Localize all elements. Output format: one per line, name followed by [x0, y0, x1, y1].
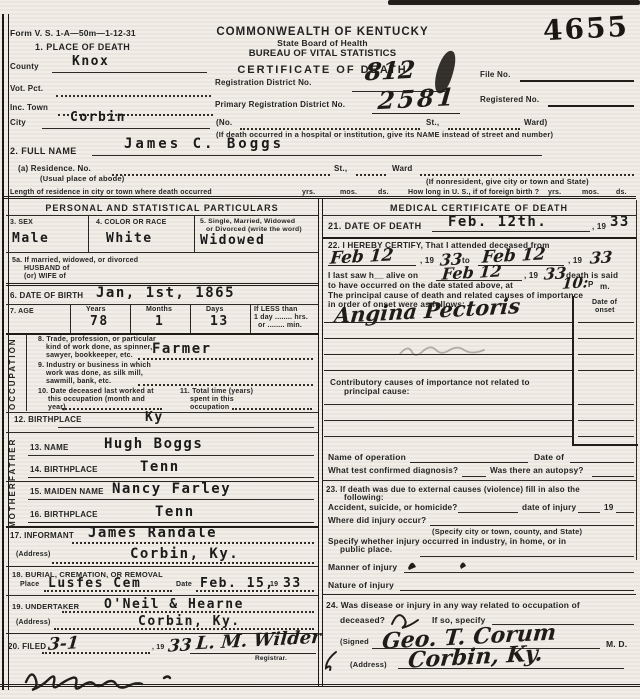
undertaker-value: O'Neil & Hearne: [104, 597, 244, 612]
birthplace-value: Ky: [145, 410, 164, 425]
manner-ink-marks: [404, 556, 474, 572]
county-value: Knox: [72, 54, 109, 69]
howlong-us-label: How long in U. S., if of foreign birth ?: [408, 189, 539, 196]
informant-line: [72, 542, 314, 544]
age-days-value: 13: [210, 314, 229, 329]
row6-rule: [6, 304, 318, 305]
county-line: [52, 72, 207, 73]
burial-date-label: Date: [176, 581, 192, 588]
vot-pct-line: [56, 95, 211, 97]
occupation-side-label: OCCUPATION: [8, 336, 17, 410]
undertaker-line: [62, 611, 314, 613]
specify-whether-label-2: public place.: [340, 545, 392, 554]
manner-injury-label: Manner of injury: [328, 562, 397, 572]
dob-value: Jan, 1st, 1865: [96, 285, 235, 301]
burial-place-label: Place: [20, 581, 39, 588]
commonwealth-title: COMMONWEALTH OF KENTUCKY: [175, 26, 470, 38]
age-months-header: Months: [146, 306, 172, 313]
inc-town-label: Inc. Town: [10, 103, 48, 112]
burial-date-line: [196, 590, 314, 592]
signed-label: (Signed: [340, 637, 369, 646]
trade-label-1: 8. Trade, profession, or particular: [38, 336, 156, 343]
mother-side-label: MOTHER: [8, 484, 17, 528]
date-of-death-label: 21. DATE OF DEATH: [328, 221, 421, 231]
age-col-divider-4: [250, 305, 251, 333]
length-mos: mos.: [340, 189, 357, 196]
industry-label-2: work was done, as silk mill,: [46, 370, 143, 377]
bureau-subtitle: BUREAU OF VITAL STATISTICS: [175, 48, 470, 59]
last-worked-label-1: 10. Date deceased last worked at: [38, 388, 154, 395]
informant-address-line: [52, 562, 314, 564]
county-label: County: [10, 62, 39, 71]
trade-label-2: kind of work done, as spinner,: [46, 344, 152, 351]
trade-label-3: sawyer, bookkeeper, etc.: [46, 352, 133, 359]
age-col-divider-1: [70, 305, 71, 333]
row7-rule: [6, 333, 318, 335]
informant-value: James Randale: [88, 525, 217, 541]
informant-label: 17. INFORMANT: [10, 531, 74, 540]
external-causes-label-2: following:: [344, 493, 384, 502]
length-ds: ds.: [378, 189, 389, 196]
burial-year-prefix: 19: [270, 581, 278, 588]
injury-date-label: date of injury: [522, 503, 576, 512]
vot-pct-label: Vot. Pct.: [10, 84, 43, 93]
m-label: m.: [600, 282, 610, 291]
registration-district-value: 812: [364, 55, 417, 87]
primary-district-value: 2581: [377, 82, 458, 115]
father-side-label: FATHER: [8, 437, 17, 481]
marital-label-2: or Divorced (write the word): [206, 226, 302, 233]
onset-line-2: [578, 338, 634, 339]
nature-injury-line: [400, 590, 634, 591]
if-less-line3: or ........ min.: [258, 322, 302, 329]
operation-line: [410, 462, 528, 463]
occurred-statement: to have occurred on the date stated abov…: [328, 281, 513, 290]
last-saw-statement: I last saw h__ alive on: [328, 271, 418, 280]
howlong-ds: ds.: [616, 189, 627, 196]
onset-line-4: [578, 370, 634, 371]
certify-year2: 33: [589, 247, 613, 267]
burial-year-value: 33: [283, 576, 302, 591]
cause-line-1: [324, 322, 572, 323]
marital-label-1: 5. Single, Married, Widowed: [200, 218, 295, 225]
full-name-line: [92, 155, 542, 156]
residence-st-line: [356, 174, 386, 176]
board-subtitle: State Board of Health: [175, 38, 470, 48]
personal-particulars-title: PERSONAL AND STATISTICAL PARTICULARS: [8, 203, 316, 213]
top-edge-smudge: [388, 0, 640, 5]
manner-injury-line: [404, 572, 634, 573]
injury-19-label: 19: [604, 503, 614, 512]
autopsy-line: [592, 476, 634, 477]
sex-race-divider: [88, 216, 89, 252]
autopsy-label: Was there an autopsy?: [490, 466, 584, 475]
nature-injury-label: Nature of injury: [328, 580, 394, 590]
undertaker-label: 19. UNDERTAKER: [12, 602, 79, 611]
informant-rule: [6, 566, 318, 567]
howlong-yrs: yrs.: [548, 189, 561, 196]
mother-name-value: Nancy Farley: [112, 481, 231, 497]
file-no-line: [520, 80, 634, 82]
specify-city-note: (Specify city or town, county, and State…: [432, 527, 582, 536]
abode-note: (Usual place of abode): [40, 174, 124, 183]
mother-name-label: 15. MAIDEN NAME: [30, 487, 104, 496]
occupation-side-divider: [26, 334, 27, 411]
faint-pencil-scrawl: [398, 342, 488, 358]
age-label: 7. AGE: [10, 308, 34, 315]
burial-place-line: [44, 590, 172, 592]
medical-certificate-title: MEDICAL CERTIFICATE OF DEATH: [322, 203, 636, 213]
row22-rule: [322, 480, 636, 481]
cause-line-4: [324, 370, 572, 371]
full-name-label: 2. FULL NAME: [10, 146, 77, 156]
age-days-header: Days: [206, 306, 224, 313]
onset-line-1: [578, 322, 634, 323]
birthplace-line: [58, 427, 314, 428]
filed-label: 20. FILED: [8, 642, 46, 651]
filed-year-prefix: , 19: [152, 644, 164, 651]
registration-district-label: Registration District No.: [215, 78, 312, 87]
age-months-value: 1: [155, 314, 164, 329]
header-center: COMMONWEALTH OF KENTUCKY State Board of …: [175, 26, 470, 76]
pm-letter: P: [588, 280, 594, 289]
age-years-value: 78: [90, 314, 109, 329]
certificate-title: CERTIFICATE OF DEATH: [175, 64, 470, 76]
age-col-divider-2: [130, 305, 131, 333]
trade-line: [138, 358, 313, 360]
certify-19b: , 19: [568, 256, 582, 265]
race-marital-divider: [194, 216, 195, 252]
industry-label-3: sawmill, bank, etc.: [46, 378, 111, 385]
physician-address-line: [398, 668, 624, 669]
informant-address-label: (Address): [16, 551, 50, 558]
occupation-related-label: 24. Was disease or injury in any way rel…: [326, 600, 580, 610]
sex-value: Male: [12, 231, 49, 246]
operation-date-line: [570, 462, 634, 463]
registered-no-label: Registered No.: [480, 95, 539, 104]
test-line: [462, 476, 486, 477]
age-col-divider-3: [190, 305, 191, 333]
attended-from-line: [328, 265, 416, 266]
city-line: [42, 128, 210, 129]
contrib-line-2: [324, 420, 572, 421]
item5a-line3: (or) WIFE of: [24, 273, 66, 280]
race-label: 4. COLOR OR RACE: [96, 219, 166, 226]
burial-date-value: Feb. 15,: [200, 576, 275, 591]
margin-signature-scrawl: [22, 658, 192, 696]
pp-title-rule: [6, 215, 318, 216]
accident-label: Accident, suicide, or homicide?: [328, 503, 458, 512]
father-name-label: 13. NAME: [30, 443, 69, 452]
contributory-label-2: principal cause:: [344, 387, 410, 396]
trade-value: Farmer: [152, 341, 212, 357]
section-divider-line: [4, 196, 636, 199]
street-label: St.,: [426, 118, 439, 127]
last-saw-19: , 19: [524, 271, 538, 280]
father-bp-line: [28, 477, 314, 478]
industry-label-1: 9. Industry or business in which: [38, 362, 151, 369]
father-bp-label: 14. BIRTHPLACE: [30, 465, 98, 474]
registrar-label: Registrar.: [255, 655, 287, 662]
registrar-line: [190, 653, 316, 654]
residence-label: (a) Residence. No.: [18, 164, 91, 173]
hour-value: 10:: [561, 273, 589, 292]
md-label: M. D.: [606, 639, 627, 649]
onset-line-6: [578, 420, 634, 421]
accident-line: [458, 512, 518, 513]
burial-place-value: Lusfes Cem: [48, 576, 141, 591]
injury-19-line: [616, 512, 634, 513]
if-less-line2: 1 day ........ hrs.: [254, 314, 308, 321]
contrib-line-1: [324, 404, 572, 405]
operation-label: Name of operation: [328, 452, 406, 462]
street-no-label: (No.: [216, 118, 232, 127]
industry-line: [138, 384, 313, 386]
residence-st-label: St.,: [334, 164, 347, 173]
row3-rule: [6, 252, 318, 253]
city-value: Corbin: [70, 110, 126, 125]
howlong-mos: mos.: [582, 189, 599, 196]
death-certificate-scan: Form V. S. 1-A—50m—1-12-31 COMMONWEALTH …: [0, 0, 640, 699]
ward-label: Ward): [524, 118, 547, 127]
mother-bp-line: [28, 522, 314, 523]
serial-number-stamp: 4655: [542, 10, 630, 47]
total-time-label-1: 11. Total time (years): [180, 388, 253, 395]
physician-address-label: (Address): [350, 660, 387, 669]
registered-no-line: [548, 105, 634, 107]
dod-year-value: 33: [610, 214, 630, 230]
nonresident-note: (If nonresident, give city or town and S…: [426, 177, 589, 186]
form-number: Form V. S. 1-A—50m—1-12-31: [10, 28, 136, 38]
undertaker-address-value: Corbin, Ky.: [138, 614, 241, 629]
residence-line: [112, 174, 330, 176]
date-of-onset-box: [572, 296, 638, 446]
where-injury-label: Where did injury occur?: [328, 516, 426, 525]
cause-line-2: [324, 338, 572, 339]
residence-ward-line: [420, 174, 634, 176]
column-divider: [318, 198, 323, 686]
length-residence-label: Length of residence in city or town wher…: [10, 189, 212, 196]
birthplace-label: 12. BIRTHPLACE: [14, 415, 82, 424]
length-yrs: yrs.: [302, 189, 315, 196]
deceased-label: deceased?: [340, 615, 385, 625]
onset-label-2: onset: [595, 307, 615, 314]
onset-line-5: [578, 404, 634, 405]
father-name-line: [28, 455, 314, 456]
burial-rule: [6, 595, 318, 596]
dob-label: 6. DATE OF BIRTH: [10, 291, 83, 300]
item5a-line2: HUSBAND of: [24, 265, 70, 272]
total-time-line: [232, 408, 312, 410]
where-injury-line: [430, 525, 634, 526]
contrib-line-3: [324, 436, 572, 437]
mother-bp-label: 16. BIRTHPLACE: [30, 510, 98, 519]
marital-value: Widowed: [200, 233, 265, 248]
father-name-value: Hugh Boggs: [104, 436, 203, 452]
dod-year-prefix: , 19: [592, 222, 606, 231]
mother-name-line: [28, 499, 314, 500]
injury-date-line: [578, 512, 600, 513]
primary-district-label: Primary Registration District No.: [215, 100, 345, 109]
certify-19a: , 19: [420, 256, 434, 265]
test-label: What test confirmed diagnosis?: [328, 466, 458, 475]
row21-rule: [322, 237, 636, 239]
age-years-header: Years: [86, 306, 106, 313]
filed-year-value: 33: [167, 635, 192, 656]
onset-line-3: [578, 354, 634, 355]
stray-pen-mark: [322, 650, 342, 672]
father-bp-value: Tenn: [140, 459, 180, 475]
date-of-death-value: Feb. 12th.: [448, 214, 547, 230]
registrar-signature: L. M. Wilder: [195, 627, 321, 655]
row12-rule: [6, 432, 318, 433]
file-no-label: File No.: [480, 70, 511, 79]
date-of-death-line: [432, 231, 590, 232]
full-name-value: James C. Boggs: [124, 136, 284, 152]
filed-line: [42, 652, 150, 654]
contributory-label-1: Contributory causes of importance not re…: [330, 378, 530, 387]
race-value: White: [106, 231, 153, 246]
undertaker-address-label: (Address): [16, 619, 50, 626]
operation-date-label: Date of: [534, 452, 564, 462]
sex-label: 3. SEX: [10, 219, 33, 226]
onset-label-1: Date of: [592, 299, 617, 306]
city-label: City: [10, 118, 26, 127]
informant-address-value: Corbin, Ky.: [130, 546, 239, 562]
if-less-line1: If LESS than: [254, 306, 298, 313]
onset-line-7: [578, 436, 634, 437]
residence-ward-label: Ward: [392, 164, 413, 173]
row23-rule: [322, 594, 636, 595]
place-of-death-section-label: 1. PLACE OF DEATH: [35, 42, 130, 52]
total-time-label-3: occupation: [190, 404, 229, 411]
total-time-label-2: spent in this: [190, 396, 234, 403]
last-worked-label-2: this occupation (month and: [48, 396, 145, 403]
item5a-line1: 5a. If married, widowed, or divorced: [12, 257, 138, 264]
mother-bp-value: Tenn: [155, 504, 195, 520]
